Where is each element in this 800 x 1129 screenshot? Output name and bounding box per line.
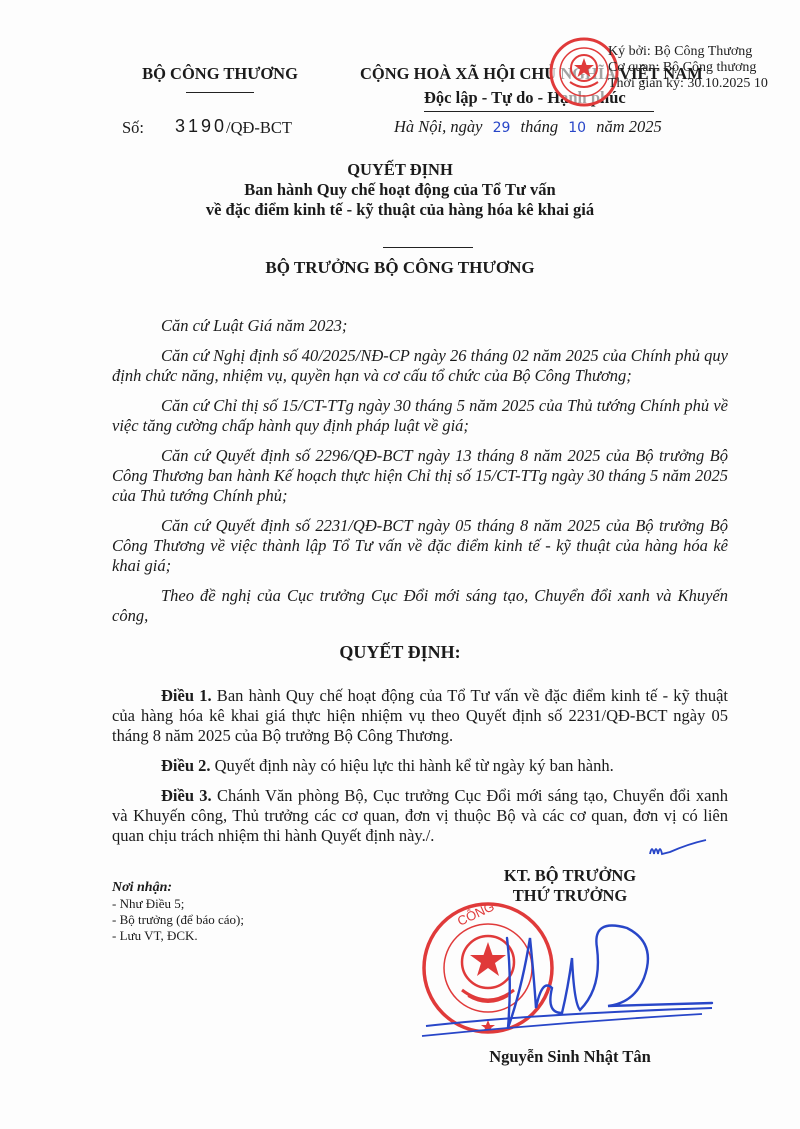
signing-time: Thời gian ký: 30.10.2025 10 (608, 76, 768, 92)
recipients-heading: Nơi nhận: (112, 880, 244, 896)
signer-title: KT. BỘ TRƯỞNG THỨ TRƯỞNG (440, 866, 700, 906)
place-date: Hà Nội, ngày 29 tháng 10 năm 2025 (394, 117, 662, 137)
document-number-suffix: /QĐ-BCT (226, 118, 292, 138)
preamble-item: Căn cứ Quyết định số 2296/QĐ-BCT ngày 13… (112, 446, 728, 506)
official-seal-icon: CÔNG (418, 898, 558, 1038)
preamble-item: Căn cứ Chỉ thị số 15/CT-TTg ngày 30 thán… (112, 396, 728, 436)
place-prefix: Hà Nội, ngày (394, 117, 482, 136)
decision-heading: QUYẾT ĐỊNH: (0, 642, 800, 663)
articles: Điều 1. Ban hành Quy chế hoạt động của T… (112, 686, 728, 856)
issuing-authority: BỘ TRƯỞNG BỘ CÔNG THƯƠNG (0, 258, 800, 278)
national-motto: Độc lập - Tự do - Hạnh phúc (424, 88, 626, 108)
signer-title-line-1: KT. BỘ TRƯỞNG (440, 866, 700, 886)
article-label: Điều 2. (161, 756, 211, 775)
signed-by: Ký bởi: Bộ Công Thương (608, 44, 768, 60)
handwritten-day: 29 (487, 120, 517, 136)
signing-agency: Cơ quan: Bộ Công thương (608, 60, 768, 76)
recipients: Nơi nhận: - Như Điều 5; - Bộ trưởng (để … (112, 880, 244, 944)
preamble-item: Căn cứ Quyết định số 2231/QĐ-BCT ngày 05… (112, 516, 728, 576)
preamble-item: Theo đề nghị của Cục trưởng Cục Đổi mới … (112, 586, 728, 626)
year-label: năm 2025 (596, 117, 662, 136)
initials-mark-icon (648, 838, 708, 860)
document-number-label: Số: (122, 118, 144, 138)
organization-underline (186, 92, 254, 93)
article-text: Quyết định này có hiệu lực thi hành kể t… (211, 756, 614, 775)
preamble: Căn cứ Luật Giá năm 2023; Căn cứ Nghị đị… (112, 316, 728, 636)
article-label: Điều 1. (161, 686, 212, 705)
document-number: 3190 (175, 116, 227, 137)
recipient-item: - Lưu VT, ĐCK. (112, 928, 244, 944)
title-line-2: về đặc điểm kinh tế - kỹ thuật của hàng … (0, 200, 800, 220)
recipient-item: - Như Điều 5; (112, 896, 244, 912)
article-2: Điều 2. Quyết định này có hiệu lực thi h… (112, 756, 728, 776)
title-heading: QUYẾT ĐỊNH (0, 160, 800, 180)
article-1: Điều 1. Ban hành Quy chế hoạt động của T… (112, 686, 728, 746)
month-label: tháng (521, 117, 559, 136)
title-line-1: Ban hành Quy chế hoạt động của Tổ Tư vấn (0, 180, 800, 200)
article-3: Điều 3. Chánh Văn phòng Bộ, Cục trưởng C… (112, 786, 728, 846)
recipient-item: - Bộ trưởng (để báo cáo); (112, 912, 244, 928)
handwritten-month: 10 (562, 120, 592, 136)
preamble-item: Căn cứ Luật Giá năm 2023; (112, 316, 728, 336)
article-label: Điều 3. (161, 786, 212, 805)
signer-title-line-2: THỨ TRƯỞNG (440, 886, 700, 906)
preamble-item: Căn cứ Nghị định số 40/2025/NĐ-CP ngày 2… (112, 346, 728, 386)
digital-signature-info: Ký bởi: Bộ Công Thương Cơ quan: Bộ Công … (608, 44, 768, 92)
motto-underline (424, 111, 654, 112)
signer-name: Nguyễn Sinh Nhật Tân (440, 1047, 700, 1067)
handwritten-signature-icon (412, 918, 742, 1048)
document-title: QUYẾT ĐỊNH Ban hành Quy chế hoạt động củ… (0, 160, 800, 220)
title-rule (383, 247, 473, 248)
issuing-organization: BỘ CÔNG THƯƠNG (120, 64, 320, 84)
